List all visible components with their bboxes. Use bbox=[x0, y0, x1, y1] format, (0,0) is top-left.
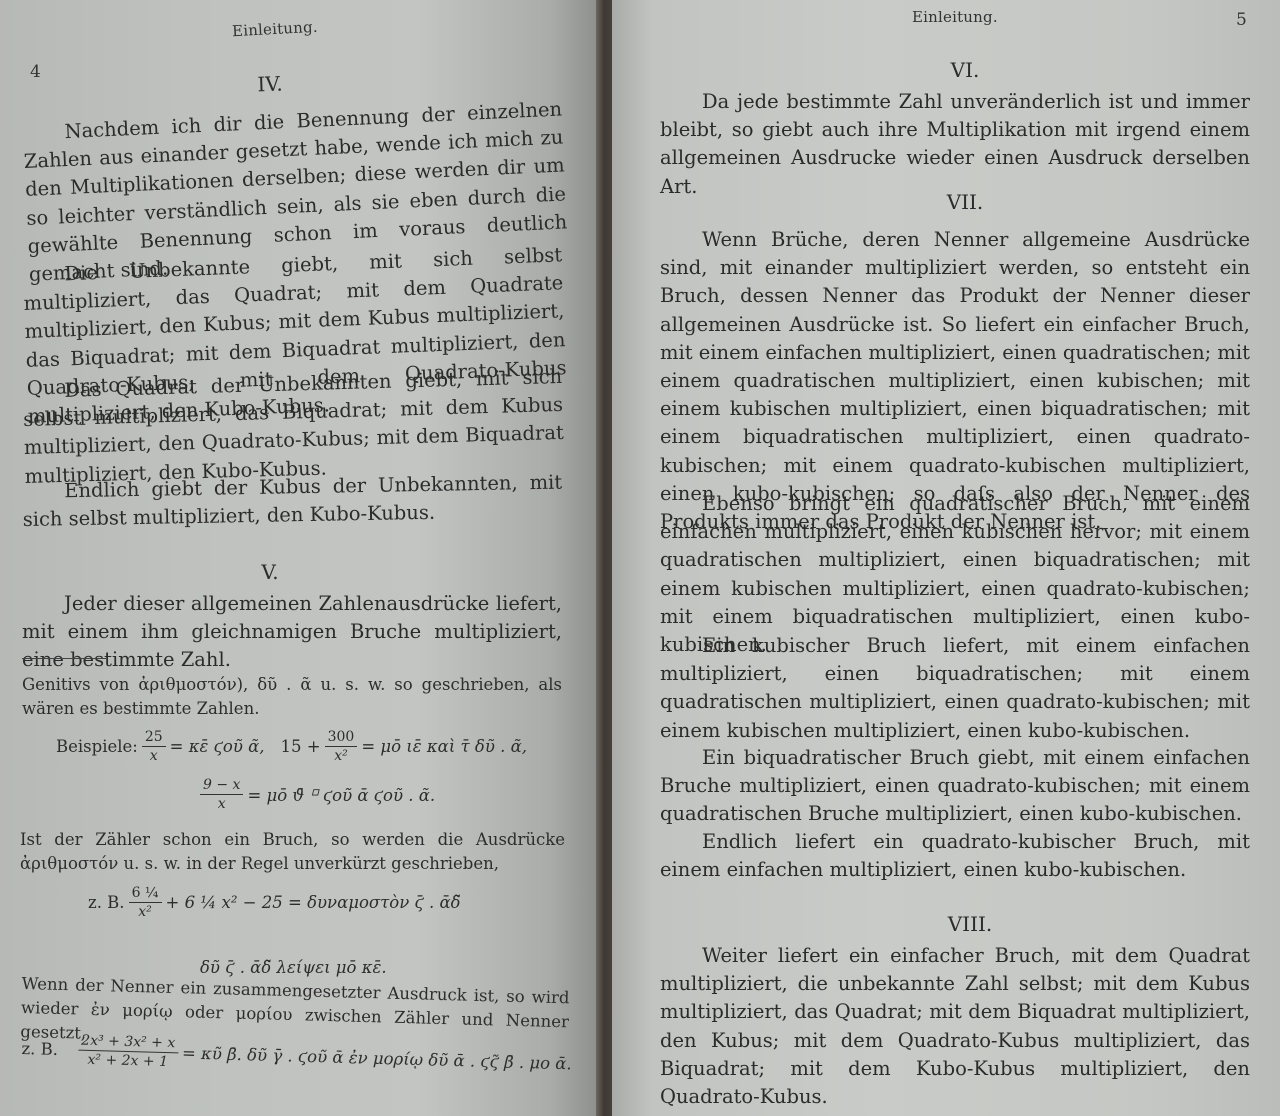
paragraph-text: Weiter liefert ein einfacher Bruch, mit … bbox=[660, 944, 1250, 1108]
fraction: 9 − x x bbox=[200, 776, 243, 813]
paragraph-text: Ein kubischer Bruch liefert, mit einem e… bbox=[660, 634, 1250, 742]
paragraph-text: Jeder dieser allgemeinen Zahlenausdrücke… bbox=[22, 592, 562, 671]
formula-label: z. B. bbox=[21, 1039, 58, 1059]
section-heading-v: V. bbox=[230, 560, 310, 584]
page-number-left: 4 bbox=[30, 62, 41, 82]
section-heading-vii: VII. bbox=[920, 190, 1010, 214]
running-head-right: Einleitung. bbox=[912, 8, 998, 26]
greek-expression: = κε̄ ϛοῦ ᾶ, bbox=[170, 737, 265, 756]
numerator: 6 ¼ bbox=[129, 884, 162, 903]
paragraph-text: Endlich giebt der Kubus der Unbekannten,… bbox=[23, 471, 563, 532]
fraction: 300 x² bbox=[325, 728, 358, 765]
page-number-right: 5 bbox=[1236, 10, 1247, 30]
greek-expression: + 6 ¼ x² − 25 = δυναμοστὸν ϛ̄ . ᾱδ̃ bbox=[166, 893, 461, 912]
footnote-paragraph-2: Ist der Zähler schon ein Bruch, so werde… bbox=[20, 828, 565, 876]
paragraph-vii-4: Ein biquadratischer Bruch giebt, mit ein… bbox=[660, 744, 1250, 829]
left-page: Einleitung. 4 IV. Nachdem ich dir die Be… bbox=[0, 0, 598, 1116]
section-heading-iv: IV. bbox=[230, 71, 311, 98]
paragraph-text: Da jede bestimmte Zahl unveränderlich is… bbox=[660, 90, 1250, 198]
numerator: 300 bbox=[325, 728, 358, 747]
denominator: x bbox=[147, 747, 161, 765]
denominator: x² + 2x + 1 bbox=[84, 1051, 171, 1071]
fraction: 2x³ + 3x² + x x² + 2x + 1 bbox=[78, 1032, 179, 1072]
footnote-line-1: Genitivs von ἀριθμοστόν), δῦ . ᾶ u. s. w… bbox=[22, 673, 562, 721]
greek-expression: = μο̄ ϑ̄ ⸋ ϛοῦ ᾱ ϛοῦ . ᾶ. bbox=[247, 783, 435, 806]
expression-lhs: 15 + bbox=[281, 737, 321, 756]
formula-label: z. B. bbox=[88, 893, 125, 912]
greek-expression: = μο̄ ιε̄ καὶ τ̄ δῦ . ᾶ, bbox=[361, 737, 527, 756]
paragraph-vii-3: Ein kubischer Bruch liefert, mit einem e… bbox=[660, 632, 1250, 745]
denominator: x bbox=[215, 795, 229, 813]
formula-example-3-line-2: δῦ ϛ̄ . ᾱδ̃ λείψει μο̄ κε̄. bbox=[200, 958, 387, 977]
paragraph-viii-1: Weiter liefert ein einfacher Bruch, mit … bbox=[660, 942, 1250, 1111]
paragraph-iv-4: Endlich giebt der Kubus der Unbekannten,… bbox=[22, 469, 563, 535]
section-heading-viii: VIII. bbox=[920, 912, 1020, 936]
denominator: x² bbox=[135, 903, 155, 921]
paragraph-text: Ein biquadratischer Bruch giebt, mit ein… bbox=[660, 746, 1250, 825]
formula-label: Beispiele: bbox=[56, 737, 138, 756]
paragraph-text: Wenn Brüche, deren Nenner allgemeine Aus… bbox=[660, 228, 1250, 533]
denominator: x² bbox=[331, 747, 351, 765]
fraction: 6 ¼ x² bbox=[129, 884, 162, 921]
paragraph-vi-1: Da jede bestimmte Zahl unveränderlich is… bbox=[660, 88, 1250, 201]
numerator: 25 bbox=[142, 728, 166, 747]
greek-expression: = κῦ β̄. δῦ γ̄ . ϛοῦ ᾱ ἐν μορίῳ δῦ ᾱ . ϛ… bbox=[182, 1043, 572, 1073]
fraction: 25 x bbox=[142, 728, 166, 765]
section-heading-vi: VI. bbox=[920, 58, 1010, 82]
footnote-rule bbox=[22, 658, 106, 659]
formula-example-1: Beispiele: 25 x = κε̄ ϛοῦ ᾶ, 15 + 300 x²… bbox=[56, 728, 527, 765]
paragraph-vii-5: Endlich liefert ein quadrato-kubischer B… bbox=[660, 828, 1250, 884]
numerator: 9 − x bbox=[200, 776, 243, 795]
formula-example-2: 9 − x x = μο̄ ϑ̄ ⸋ ϛοῦ ᾱ ϛοῦ . ᾶ. bbox=[196, 776, 435, 813]
running-head-left: Einleitung. bbox=[232, 18, 319, 40]
paragraph-v-1: Jeder dieser allgemeinen Zahlenausdrücke… bbox=[22, 590, 562, 675]
formula-example-3: z. B. 6 ¼ x² + 6 ¼ x² − 25 = δυναμοστὸν … bbox=[88, 884, 461, 921]
paragraph-text: Endlich liefert ein quadrato-kubischer B… bbox=[660, 830, 1250, 881]
